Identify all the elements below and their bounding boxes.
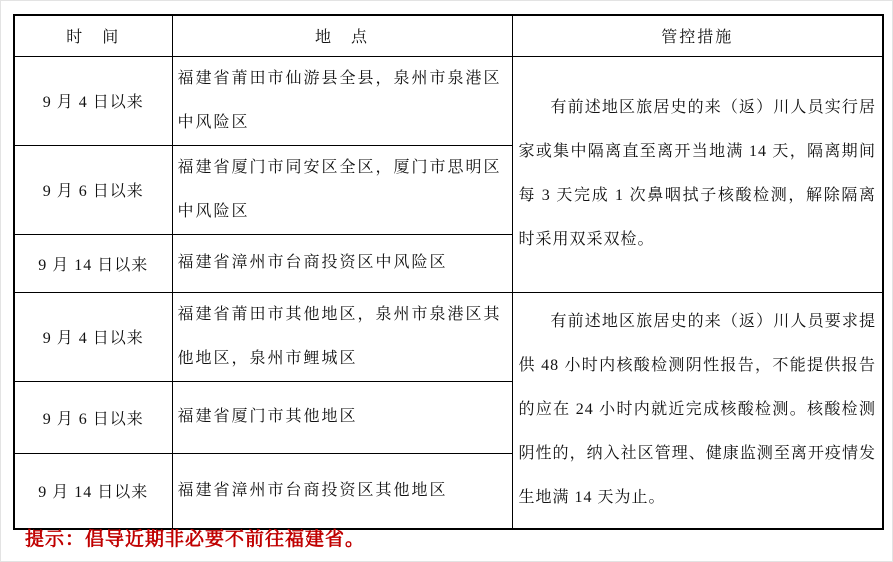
time-cell: 9 月 6 日以来: [14, 145, 172, 234]
location-cell: 福建省厦门市其他地区: [172, 381, 512, 453]
measure-text: 有前述地区旅居史的来（返）川人员实行居家或集中隔离直至离开当地满 14 天，隔离…: [519, 86, 877, 262]
measure-cell-medium-risk: 有前述地区旅居史的来（返）川人员实行居家或集中隔离直至离开当地满 14 天，隔离…: [512, 56, 883, 292]
time-cell: 9 月 4 日以来: [14, 56, 172, 145]
notice-page: 时 间 地 点 管控措施 9 月 4 日以来 福建省莆田市仙游县全县，泉州市泉港…: [0, 0, 893, 562]
table-row: 9 月 4 日以来 福建省莆田市仙游县全县，泉州市泉港区中风险区 有前述地区旅居…: [14, 56, 883, 145]
table-header-row: 时 间 地 点 管控措施: [14, 15, 883, 56]
location-cell: 福建省漳州市台商投资区中风险区: [172, 234, 512, 292]
time-cell: 9 月 14 日以来: [14, 453, 172, 529]
control-measures-table: 时 间 地 点 管控措施 9 月 4 日以来 福建省莆田市仙游县全县，泉州市泉港…: [13, 14, 884, 530]
time-cell: 9 月 4 日以来: [14, 292, 172, 381]
header-measures: 管控措施: [512, 15, 883, 56]
location-cell: 福建省莆田市其他地区，泉州市泉港区其他地区，泉州市鲤城区: [172, 292, 512, 381]
location-cell: 福建省厦门市同安区全区，厦门市思明区中风险区: [172, 145, 512, 234]
table-row: 9 月 4 日以来 福建省莆田市其他地区，泉州市泉港区其他地区，泉州市鲤城区 有…: [14, 292, 883, 381]
header-time: 时 间: [14, 15, 172, 56]
reminder-note: 提示：倡导近期非必要不前往福建省。: [25, 524, 365, 551]
location-cell: 福建省莆田市仙游县全县，泉州市泉港区中风险区: [172, 56, 512, 145]
measure-cell-other-areas: 有前述地区旅居史的来（返）川人员要求提供 48 小时内核酸检测阴性报告，不能提供…: [512, 292, 883, 529]
header-location: 地 点: [172, 15, 512, 56]
measure-text: 有前述地区旅居史的来（返）川人员要求提供 48 小时内核酸检测阴性报告，不能提供…: [519, 300, 877, 520]
time-cell: 9 月 14 日以来: [14, 234, 172, 292]
time-cell: 9 月 6 日以来: [14, 381, 172, 453]
location-cell: 福建省漳州市台商投资区其他地区: [172, 453, 512, 529]
